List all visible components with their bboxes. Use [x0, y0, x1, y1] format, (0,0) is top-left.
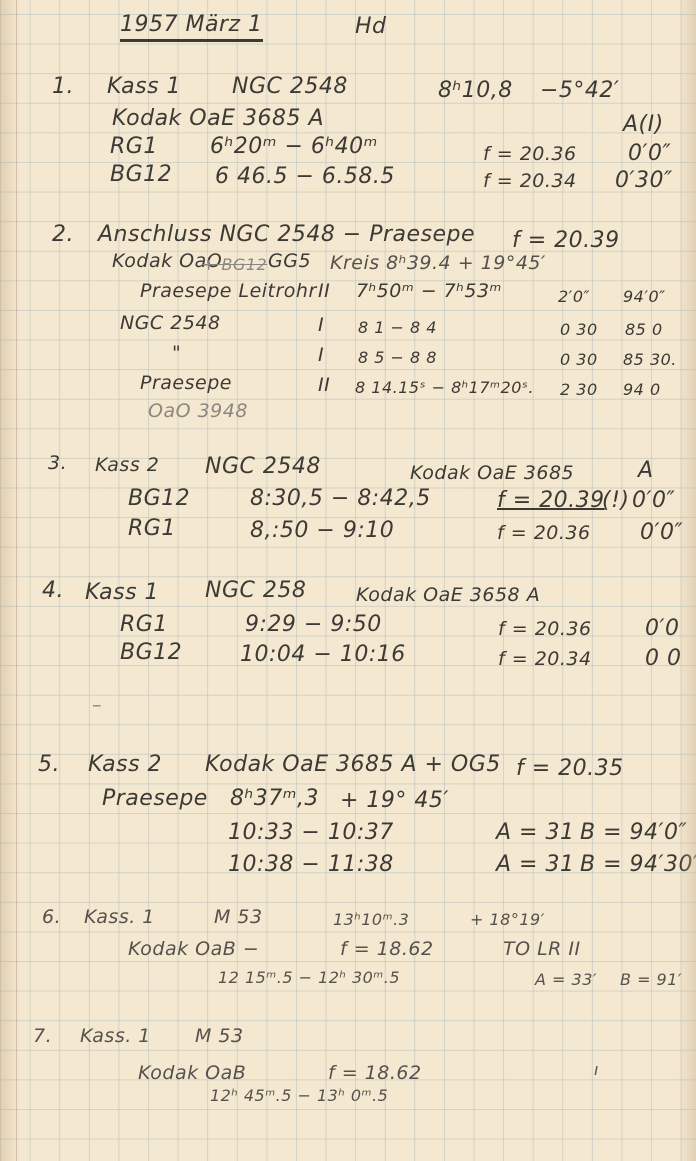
setting-b: B = 91′: [620, 970, 682, 989]
plate-type: Kodak OaE 3658 A: [356, 584, 540, 606]
filter: RG1: [110, 134, 158, 159]
declination: −5°42′: [540, 78, 619, 103]
setting-b: B = 94′0″: [580, 820, 687, 845]
page-date: 1957 März 1: [120, 12, 263, 42]
focus-value: f = 18.62: [340, 938, 434, 960]
object-name: M 53: [214, 906, 263, 928]
filter: BG12: [128, 486, 190, 511]
focus-value: f = 20.36: [497, 522, 591, 544]
object-name: NGC 258: [205, 578, 306, 603]
object-name: NGC 2548: [205, 454, 321, 479]
plate-type: Kodak OaB: [138, 1062, 246, 1084]
row-a: 2′0″: [558, 287, 590, 306]
focus-value: f = 20.39: [497, 488, 605, 513]
offset-value: 0′0″: [632, 488, 675, 513]
cassette: Kass. 1: [80, 1025, 151, 1047]
offset-value: 0′0″: [628, 141, 671, 166]
entry-number: 7.: [33, 1025, 52, 1047]
offset-value: 0′30″: [615, 168, 673, 193]
entry-title: Anschluss NGC 2548 − Praesepe: [98, 222, 475, 247]
cassette: Kass 1: [85, 580, 159, 605]
instrument: TO LR II: [503, 938, 581, 960]
entry-number: 5.: [38, 752, 60, 777]
row-a: 2 30: [560, 380, 598, 399]
exposure-time: 8,:50 − 9:10: [250, 518, 394, 543]
entry-number: 1.: [52, 74, 74, 99]
row-object: NGC 2548: [120, 312, 221, 334]
exposure-time: 10:04 − 10:16: [240, 642, 406, 667]
row-a: 0 30: [560, 350, 598, 369]
cassette: Kass 1: [107, 74, 181, 99]
filter: BG12: [120, 640, 182, 665]
right-ascension: 8ʰ10,8: [438, 78, 513, 103]
row-time: 7ʰ50ᵐ − 7ʰ53ᵐ: [356, 280, 502, 302]
setting-a: A = 31: [496, 820, 574, 845]
setting-a: A = 33′: [535, 970, 597, 989]
row-a: 0 30: [560, 320, 598, 339]
row-roman: I: [318, 314, 324, 336]
row-object: Praesepe Leitrohr: [140, 280, 317, 302]
struck-filter: + BG12: [202, 255, 267, 274]
focus-value: f = 18.62: [328, 1062, 422, 1084]
focus-value: f = 20.36: [483, 143, 577, 165]
cassette: Kass 2: [88, 752, 162, 777]
row-roman: II: [318, 280, 330, 302]
plate-type: Kodak OaE 3685 A + OG5: [205, 752, 501, 777]
right-ascension: 8ʰ37ᵐ,3: [230, 786, 319, 811]
entry-number: 4.: [42, 578, 64, 603]
row-b: 94 0: [623, 380, 661, 399]
filter: RG1: [128, 516, 176, 541]
exposure-time: 10:33 − 10:37: [228, 820, 394, 845]
position-label: A: [638, 458, 654, 483]
setting-a: A = 31: [496, 852, 574, 877]
row-b: 85 0: [625, 320, 663, 339]
exposure-time: 12ʰ 45ᵐ.5 − 13ʰ 0ᵐ.5: [210, 1086, 388, 1105]
setting-b: B = 94′30″: [580, 852, 696, 877]
object-name: NGC 2548: [232, 74, 348, 99]
exposure-time: 9:29 − 9:50: [245, 612, 382, 637]
exposure-time: 8:30,5 − 8:42,5: [250, 486, 431, 511]
filter: RG1: [120, 612, 168, 637]
plate-type: Kodak OaE 3685: [410, 462, 574, 484]
tick-mark: ı: [594, 1060, 599, 1079]
cassette: Kass. 1: [84, 906, 155, 928]
row-b: 94′0″: [623, 287, 666, 306]
right-ascension: 13ʰ10ᵐ.3: [333, 910, 409, 929]
row-time: 8 14.15ˢ − 8ʰ17ᵐ20ˢ.: [355, 378, 534, 397]
row-roman: I: [318, 344, 324, 366]
entry-number: 6.: [42, 906, 61, 928]
row-roman: II: [318, 374, 330, 396]
plate-type: Kodak OaE 3685 A: [112, 106, 324, 131]
focus-value: f = 20.36: [498, 618, 592, 640]
object-name: Praesepe: [102, 786, 208, 811]
focus-value: f = 20.34: [483, 170, 577, 192]
exposure-time: 12 15ᵐ.5 − 12ʰ 30ᵐ.5: [218, 968, 400, 987]
focus-note: (!): [602, 488, 630, 513]
plate-type: Kodak OaB −: [128, 938, 259, 960]
entry-number: 2.: [52, 222, 74, 247]
logbook-page: 1957 März 1 Hd 1. Kass 1 NGC 2548 8ʰ10,8…: [0, 0, 696, 1161]
focus-value: f = 20.35: [516, 756, 624, 781]
offset-value: 0 0: [645, 646, 682, 671]
row-time: 8 1 − 8 4: [358, 318, 437, 337]
row-b: 85 30.: [623, 350, 677, 369]
focus-value: f = 20.34: [498, 648, 592, 670]
plate-filter: GG5: [268, 250, 311, 272]
cassette: Kass 2: [95, 454, 159, 476]
offset-value: 0′0″: [640, 520, 683, 545]
row-time: 8 5 − 8 8: [358, 348, 437, 367]
row-object: ": [172, 342, 181, 364]
dash-mark: –: [92, 694, 102, 716]
offset-value: 0′0: [645, 616, 680, 641]
plate-note: OaO 3948: [148, 400, 248, 422]
filter: BG12: [110, 162, 172, 187]
exposure-time: 6ʰ20ᵐ − 6ʰ40ᵐ: [210, 134, 378, 159]
exposure-time: 10:38 − 11:38: [228, 852, 394, 877]
page-margin-line: [16, 0, 17, 1161]
entry-number: 3.: [48, 452, 67, 474]
circle-coordinates: Kreis 8ʰ39.4 + 19°45′: [330, 252, 546, 274]
exposure-time: 6 46.5 − 6.58.5: [215, 164, 395, 189]
declination: + 19° 45′: [340, 788, 449, 813]
row-object: Praesepe: [140, 372, 232, 394]
object-name: M 53: [195, 1025, 244, 1047]
observer-initials: Hd: [355, 14, 387, 39]
focus-value: f = 20.39: [512, 228, 620, 253]
position-label: A(I): [623, 112, 664, 137]
declination: + 18°19′: [470, 910, 545, 929]
